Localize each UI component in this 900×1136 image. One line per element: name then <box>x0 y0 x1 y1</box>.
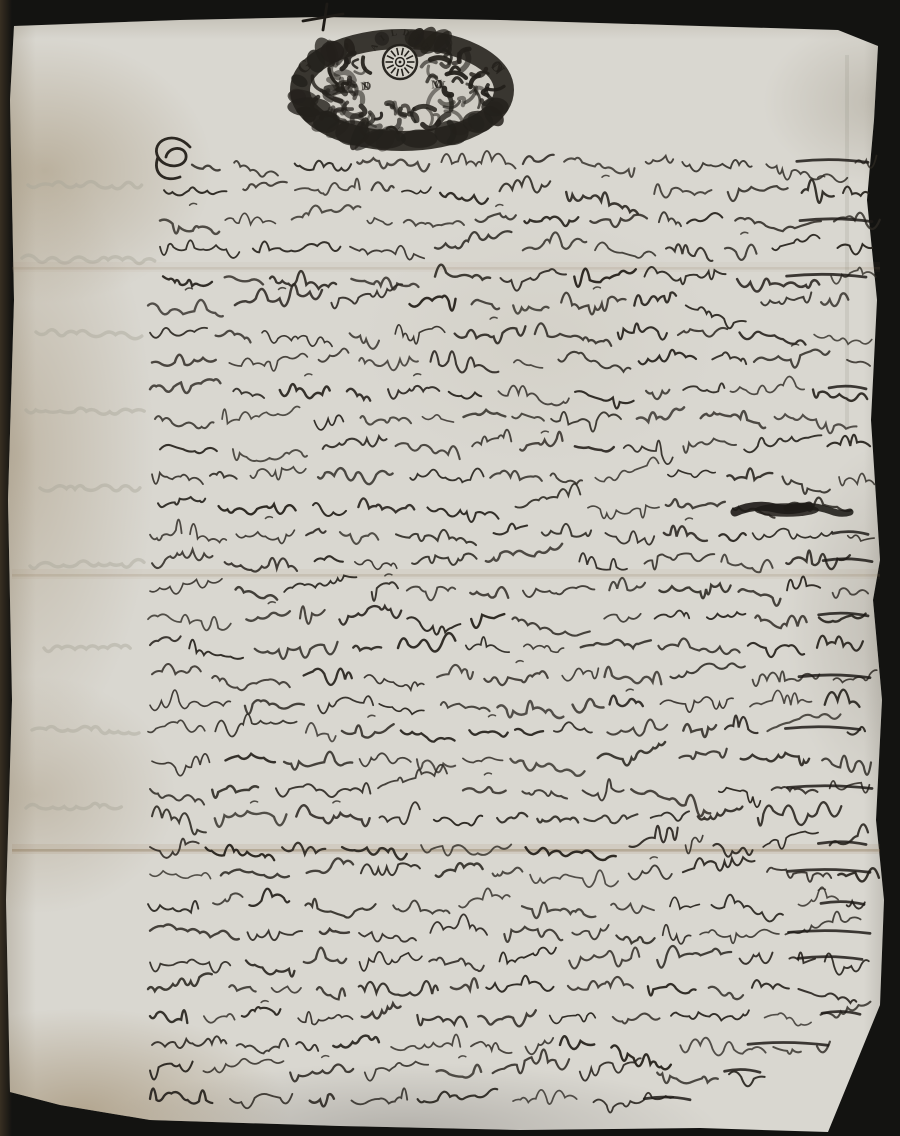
notarial-cross-mark <box>303 4 343 30</box>
handwriting-block <box>148 138 880 1113</box>
handwritten-line <box>160 231 872 261</box>
initial-flourish <box>156 138 190 179</box>
handwritten-line <box>152 801 841 834</box>
handwritten-line <box>150 1001 870 1027</box>
handwritten-line <box>148 887 865 921</box>
handwritten-line <box>155 407 857 434</box>
fiscal-stamp: AILDETGONNDMON <box>286 23 509 155</box>
handwritten-line <box>152 742 871 776</box>
handwritten-line <box>150 824 868 860</box>
line-filler-dash <box>785 727 860 730</box>
line-filler-dash <box>797 160 868 163</box>
ink-blot <box>735 503 850 516</box>
line-filler-dash <box>821 902 864 905</box>
handwritten-line <box>158 484 851 522</box>
handwritten-line <box>150 857 879 887</box>
handwritten-line <box>152 661 877 690</box>
line-filler-dash <box>748 1043 828 1046</box>
sunburst-medallion-icon <box>383 45 417 79</box>
line-filler-dash <box>833 532 868 535</box>
handwritten-line <box>160 430 870 464</box>
line-filler-dash <box>787 274 866 277</box>
showthrough-marks <box>22 182 155 810</box>
photo-background: AILDETGONNDMON <box>0 0 900 1136</box>
handwritten-line <box>150 517 874 545</box>
handwritten-line <box>152 457 874 494</box>
handwritten-line <box>150 1050 765 1087</box>
handwritten-line <box>150 765 872 816</box>
handwritten-line <box>152 344 870 372</box>
handwritten-line <box>148 284 848 328</box>
handwritten-line <box>150 689 860 718</box>
line-filler-dash <box>644 1097 690 1100</box>
line-filler-dash <box>798 957 862 960</box>
handwritten-line <box>156 138 876 182</box>
handwritten-line <box>152 544 872 572</box>
line-filler-dash <box>799 675 870 678</box>
line-filler-dash <box>823 559 872 562</box>
handwritten-line <box>150 317 872 349</box>
stamp-arc-letter: L <box>390 27 398 38</box>
handwritten-line <box>150 912 870 944</box>
handwritten-line <box>150 946 869 976</box>
handwritten-line <box>148 974 856 1003</box>
handwritten-line <box>148 714 865 742</box>
fold-creases <box>12 55 880 854</box>
stamp-arc-letter: D <box>362 79 372 94</box>
handwritten-line <box>160 203 880 234</box>
handwritten-line <box>150 633 863 659</box>
handwritten-line <box>150 1088 690 1112</box>
manuscript-art-layer: AILDETGONNDMON <box>0 0 900 1136</box>
line-filler-dash <box>725 1070 760 1073</box>
line-filler-dash <box>819 613 868 616</box>
handwritten-line <box>164 175 868 213</box>
handwritten-line <box>148 602 868 636</box>
handwritten-line <box>150 374 867 409</box>
